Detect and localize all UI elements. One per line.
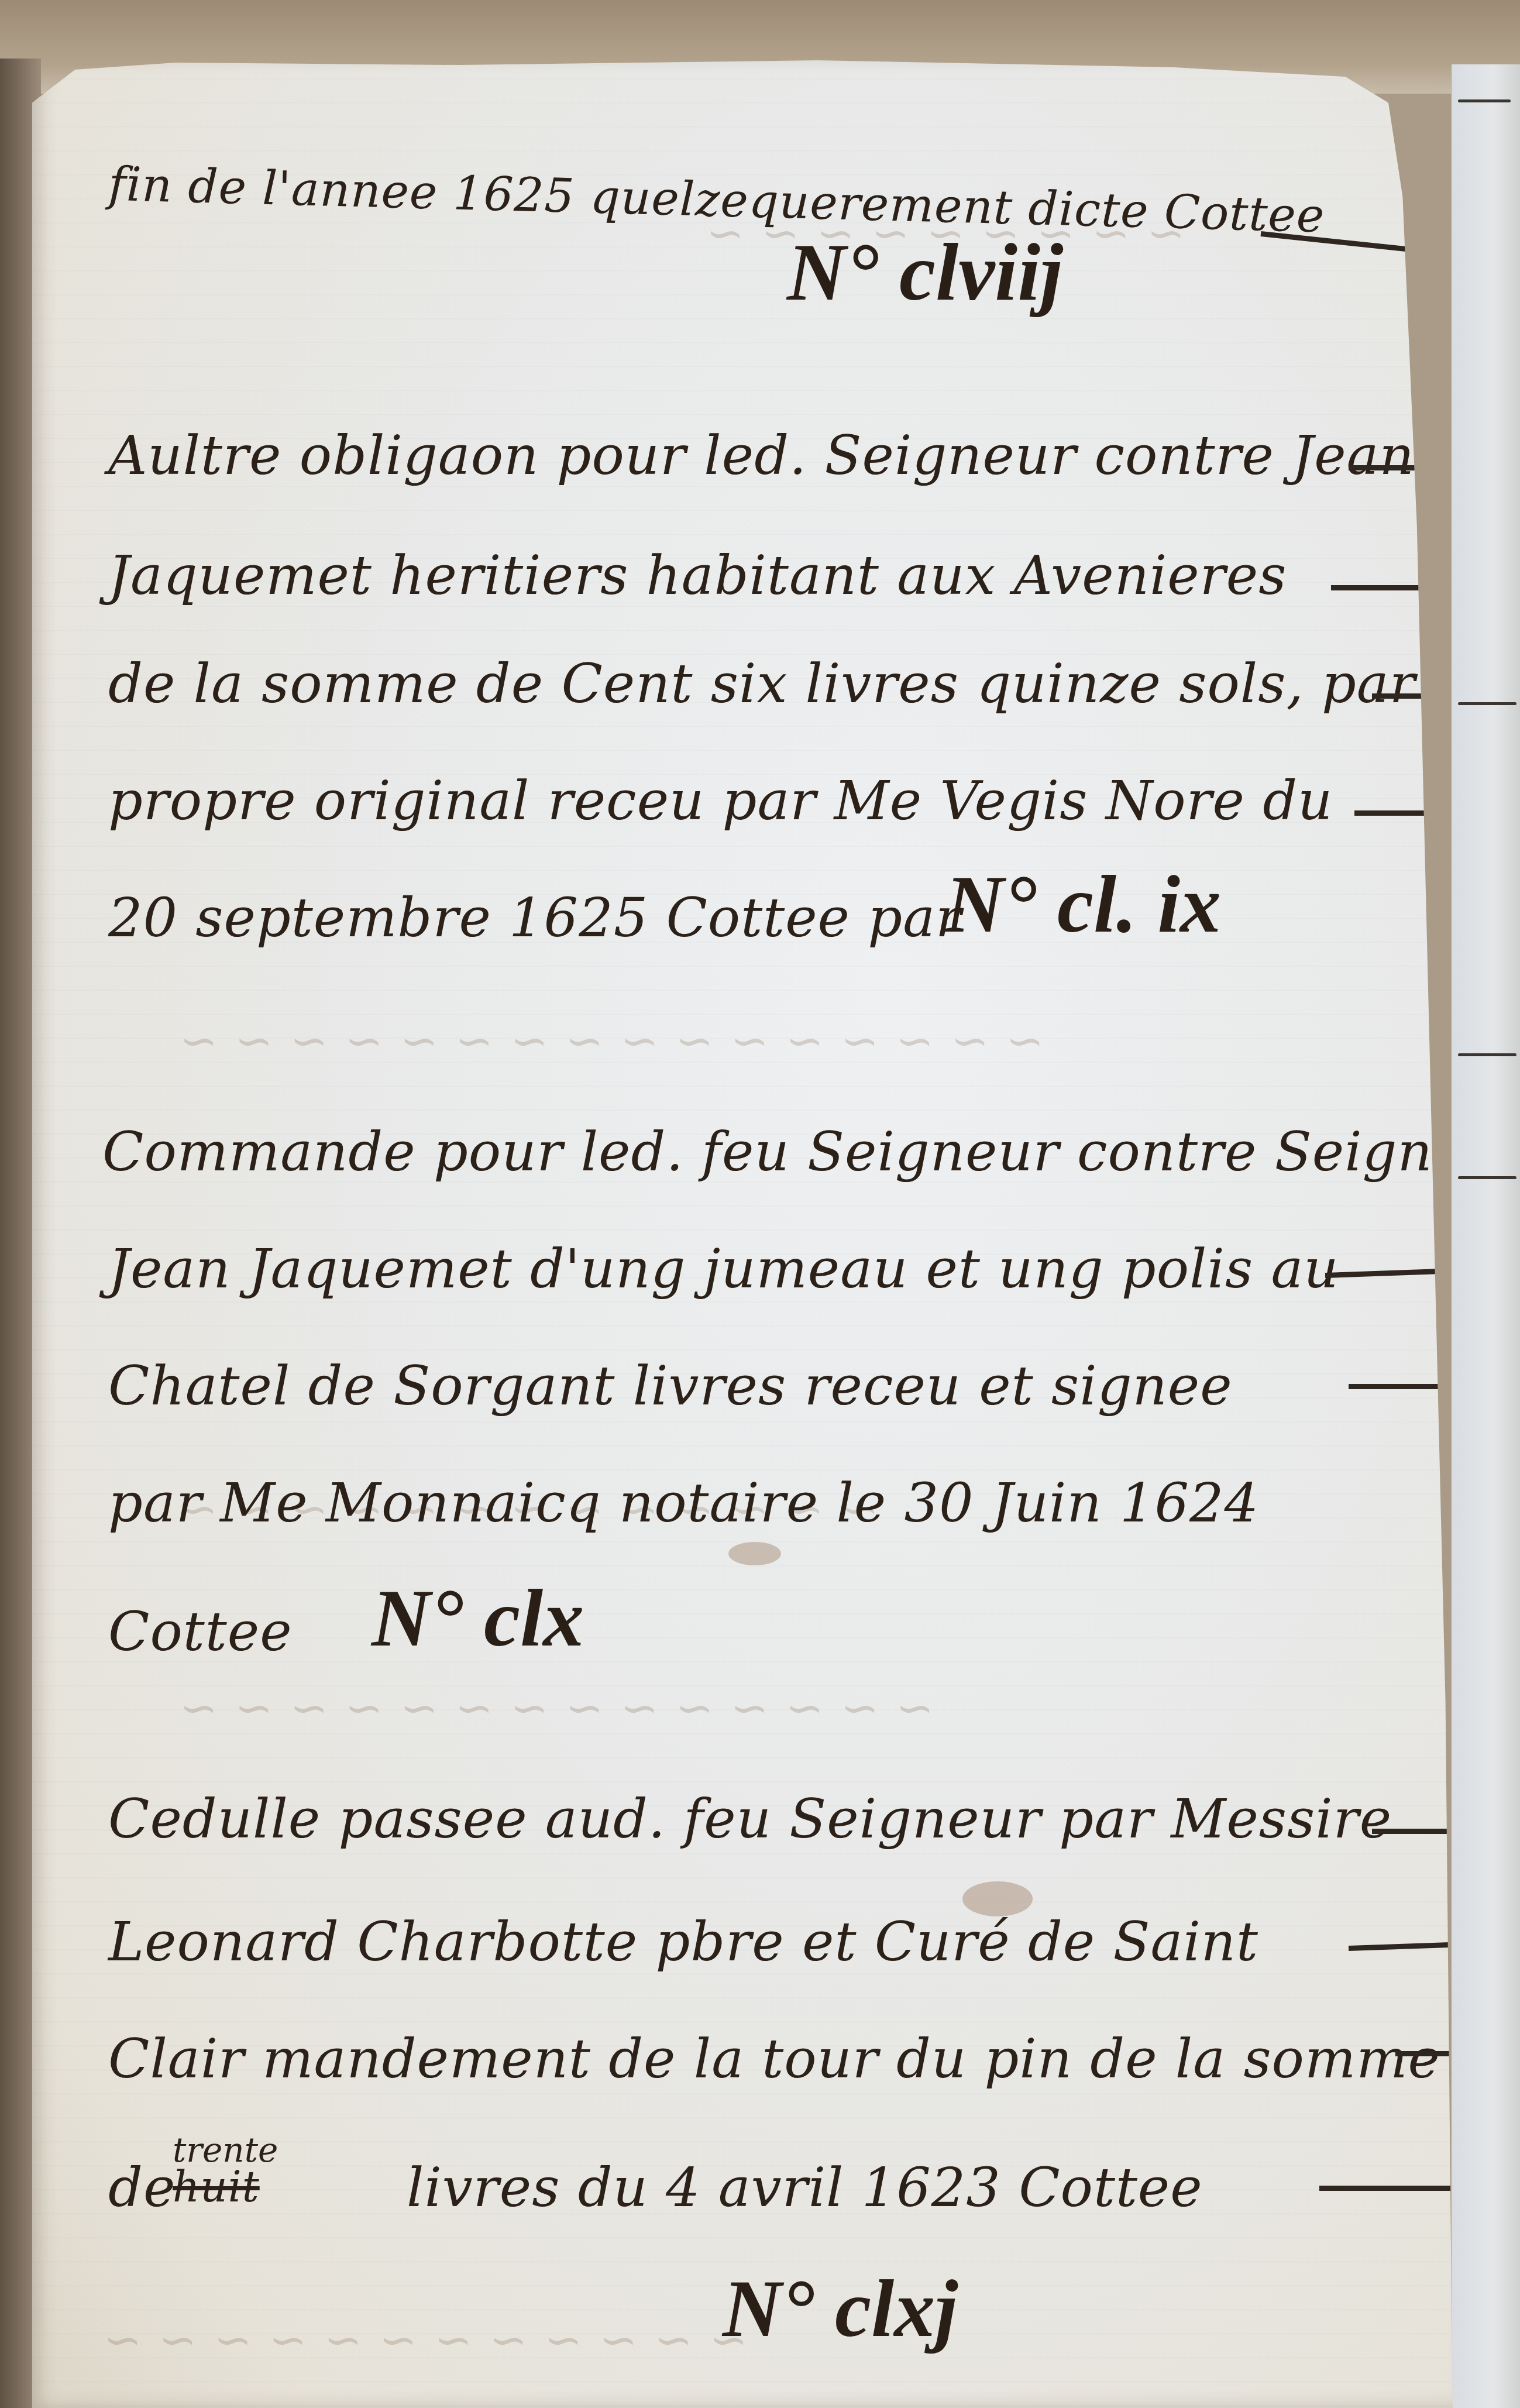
entry-line: livres du 4 avril 1623 Cottee	[407, 2156, 1203, 2219]
underlying-page-rule	[1458, 702, 1516, 705]
underlying-page-edge	[1451, 64, 1520, 2408]
entry-line: Aultre obligaon pour led. Seigneur contr…	[108, 424, 1415, 487]
struck-word: huit	[173, 2162, 260, 2211]
entry-line: propre original receu par Me Vegis Nore …	[108, 770, 1333, 832]
entry-line: Chatel de Sorgant livres receu et signee	[108, 1355, 1233, 1417]
line-filler-dash	[1261, 231, 1453, 256]
line-filler-dash	[1331, 585, 1471, 590]
cote-number: N° clx	[372, 1571, 584, 1665]
entry-line: 20 septembre 1625 Cottee par	[108, 887, 962, 949]
entry-line: de la somme de Cent six livres quinze so…	[108, 652, 1416, 715]
entry-line: Jean Jaquemet d'ung jumeau et ung polis …	[108, 1238, 1339, 1300]
cote-number: N° cl. ix	[945, 857, 1221, 951]
bleed-through-text: ~ ~ ~ ~ ~ ~ ~ ~ ~ ~ ~ ~ ~ ~ ~ ~	[178, 1015, 1044, 1068]
entry-line: Jaquemet heritiers habitant aux Aveniere…	[108, 544, 1287, 607]
bleed-through-text: ~ ~ ~ ~ ~ ~ ~ ~ ~ ~ ~ ~	[102, 2314, 748, 2367]
ink-stain	[728, 1542, 781, 1565]
entry-line: Leonard Charbotte pbre et Curé de Saint	[108, 1911, 1258, 1973]
underlying-page-rule	[1458, 1053, 1516, 1056]
entry-line: Clair mandement de la tour du pin de la …	[108, 2028, 1440, 2090]
entry-line: de	[108, 2156, 176, 2219]
entry-line: par Me Monnaicq notaire le 30 Juin 1624	[108, 1472, 1259, 1534]
entry-line: Cottee	[108, 1600, 293, 1663]
cote-number: N° clxj	[723, 2262, 958, 2356]
entry-line: Cedulle passee aud. feu Seigneur par Mes…	[108, 1788, 1392, 1850]
bleed-through-text: ~ ~ ~ ~ ~ ~ ~ ~ ~ ~ ~ ~ ~ ~	[178, 1682, 934, 1735]
entry-line: Commande pour led. feu Seigneur contre S…	[102, 1121, 1520, 1183]
underlying-page-rule	[1458, 99, 1511, 102]
underlying-page-rule	[1458, 1176, 1516, 1179]
cote-number: N° clviij	[787, 225, 1063, 320]
manuscript-page: ~ ~ ~ ~ ~ ~ ~ ~ ~ ~ ~ ~ ~ ~ ~ ~ ~ ~ ~ ~ …	[32, 56, 1460, 2408]
